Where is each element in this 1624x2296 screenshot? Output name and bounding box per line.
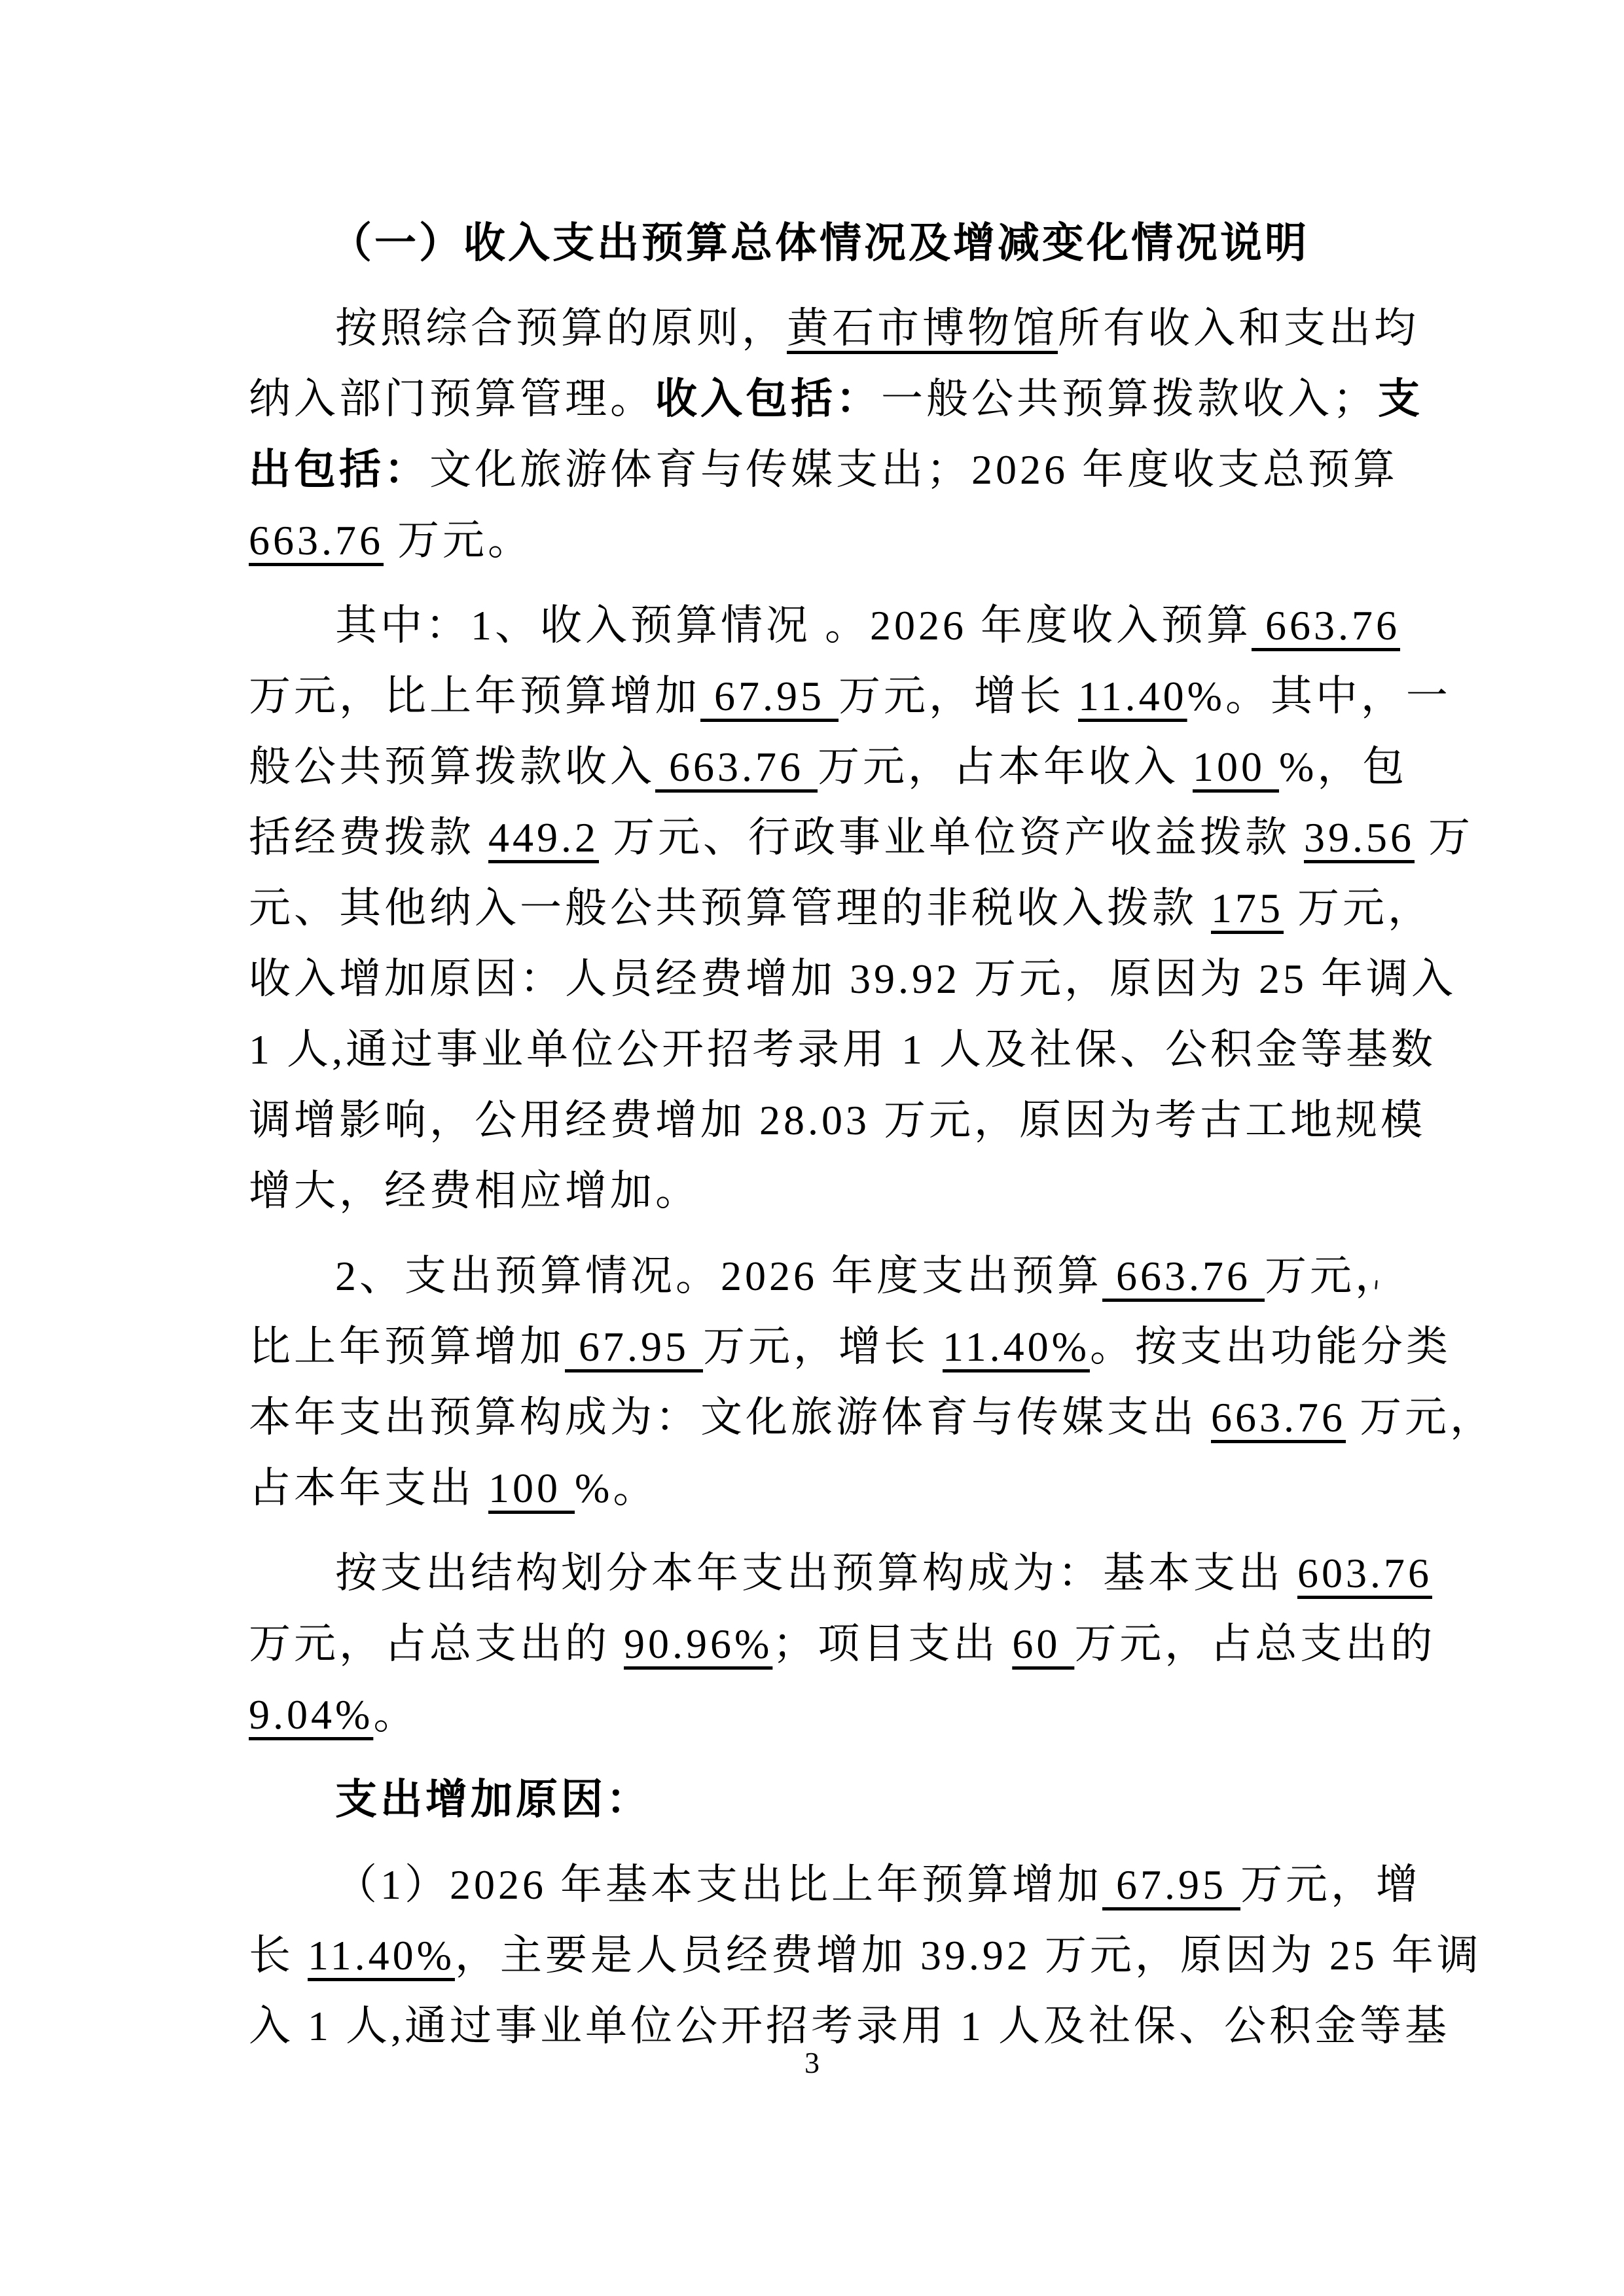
text-line: 本年支出预算构成为：文化旅游体育与传媒支出 663.76 万元，: [249, 1382, 1379, 1453]
underlined-value: 663.76: [1252, 602, 1400, 649]
text-run: %。: [575, 1465, 658, 1511]
text-run: 占本年支出: [249, 1465, 488, 1511]
text-run: 万元，: [1265, 1253, 1400, 1299]
text-line: 长 11.40%，主要是人员经费增加 39.92 万元，原因为 25 年调: [249, 1920, 1379, 1991]
para-expenditure-increase-heading: 支出增加原因：: [249, 1765, 1379, 1835]
text-run: 文化旅游体育与传媒支出；2026 年度收支总预算: [429, 446, 1398, 493]
text-run: 万元，增: [1240, 1861, 1421, 1908]
text-run: 所有收入和支出均: [1058, 305, 1419, 351]
text-line: 元、其他纳入一般公共预算管理的非税收入拨款 175 万元，: [249, 873, 1379, 944]
text-run: 2、支出预算情况。2026 年度支出预算: [335, 1253, 1102, 1299]
text-run: 万元，占总支出的: [1074, 1621, 1435, 1667]
text-run: 1 人,通过事业单位公开招考录用 1 人及社保、公积金等基数: [249, 1026, 1436, 1073]
text-run: 增大，经费相应增加。: [249, 1168, 700, 1214]
document-body-paragraphs: 按照综合预算的原则，黄石市博物馆所有收入和支出均纳入部门预算管理。收入包括：一般…: [249, 293, 1379, 2062]
text-line: 出包括：文化旅游体育与传媒支出；2026 年度收支总预算: [249, 435, 1379, 505]
bold-text: 收入包括：: [655, 376, 881, 422]
text-run: %，包: [1279, 744, 1407, 790]
text-line: 663.76 万元。: [249, 505, 1379, 576]
text-run: 本年支出预算构成为：文化旅游体育与传媒支出: [249, 1394, 1211, 1441]
bold-text: 出包括：: [249, 446, 429, 493]
text-run: 万元，比上年预算增加: [249, 673, 700, 719]
underlined-value: 11.40%: [943, 1323, 1090, 1370]
text-run: 万元。: [384, 517, 533, 564]
section-title: （一）收入支出预算总体情况及增减变化情况说明: [249, 208, 1379, 279]
text-run: 万元，占总支出的: [249, 1621, 624, 1667]
text-run: ，主要是人员经费增加 39.92 万元，原因为 25 年调: [455, 1932, 1482, 1979]
text-run: 其中：1、收入预算情况 。2026 年度收入预算: [335, 602, 1252, 649]
text-run: 调增影响，公用经费增加 28.03 万元，原因为考古工地规模: [249, 1097, 1426, 1143]
underlined-value: 175: [1211, 885, 1284, 931]
para-expenditure-budget: 2、支出预算情况。2026 年度支出预算 663.76 万元，比上年预算增加 6…: [249, 1241, 1379, 1524]
text-line: 按照综合预算的原则，黄石市博物馆所有收入和支出均: [249, 293, 1379, 364]
para-income-budget: 其中：1、收入预算情况 。2026 年度收入预算 663.76万元，比上年预算增…: [249, 590, 1379, 1227]
underlined-value: 67.95: [1102, 1861, 1240, 1908]
text-line: 9.04%。: [249, 1679, 1379, 1750]
underlined-value: 449.2: [488, 814, 599, 861]
underlined-value: 603.76: [1297, 1550, 1432, 1596]
text-line: 万元，比上年预算增加 67.95 万元，增长 11.40%。其中，一: [249, 661, 1379, 732]
underlined-value: 100: [1193, 744, 1279, 790]
underlined-value: 663.76: [655, 744, 818, 790]
text-line: 支出增加原因：: [249, 1765, 1379, 1835]
text-run: 万: [1415, 814, 1473, 861]
text-run: 般公共预算拨款收入: [249, 744, 655, 790]
text-run: 括经费拨款: [249, 814, 488, 861]
text-run: 入 1 人,通过事业单位公开招考录用 1 人及社保、公积金等基: [249, 2003, 1450, 2049]
underlined-value: 67.95: [700, 673, 839, 719]
text-run: 一般公共预算拨款收入；: [881, 376, 1378, 422]
underlined-value: 67.95: [565, 1323, 703, 1370]
underlined-value: 663.76: [249, 517, 384, 564]
underlined-value: 100: [488, 1465, 575, 1511]
para-expenditure-structure: 按支出结构划分本年支出预算构成为：基本支出 603.76万元，占总支出的 90.…: [249, 1538, 1379, 1750]
text-run: 万元，占本年收入: [818, 744, 1193, 790]
text-run: 按照综合预算的原则，: [335, 305, 787, 351]
text-run: 。按支出功能分类: [1090, 1323, 1451, 1370]
text-line: 万元，占总支出的 90.96%；项目支出 60 万元，占总支出的: [249, 1609, 1379, 1679]
page-number: 3: [0, 2043, 1624, 2083]
text-line: 收入增加原因：人员经费增加 39.92 万元，原因为 25 年调入: [249, 944, 1379, 1014]
underlined-value: 11.40: [1078, 673, 1187, 719]
para-expenditure-increase-reason-1: （1）2026 年基本支出比上年预算增加 67.95 万元，增长 11.40%，…: [249, 1850, 1379, 2062]
text-run: 万元，: [1284, 885, 1433, 931]
text-run: ；项目支出: [772, 1621, 1012, 1667]
text-line: 其中：1、收入预算情况 。2026 年度收入预算 663.76: [249, 590, 1379, 661]
text-run: 纳入部门预算管理。: [249, 376, 655, 422]
underlined-value: 9.04%: [249, 1691, 373, 1738]
text-run: %。其中，一: [1187, 673, 1451, 719]
text-line: 调增影响，公用经费增加 28.03 万元，原因为考古工地规模: [249, 1085, 1379, 1156]
underlined-value: 11.40%: [308, 1932, 455, 1979]
document-body: （一）收入支出预算总体情况及增减变化情况说明 按照综合预算的原则，黄石市博物馆所…: [249, 208, 1379, 2062]
text-run: 万元，增长: [839, 673, 1078, 719]
text-run: 万元，: [1346, 1394, 1495, 1441]
text-run: 按支出结构划分本年支出预算构成为：基本支出: [335, 1550, 1297, 1596]
text-line: 括经费拨款 449.2 万元、行政事业单位资产收益拨款 39.56 万: [249, 802, 1379, 873]
text-line: （1）2026 年基本支出比上年预算增加 67.95 万元，增: [249, 1850, 1379, 1920]
text-run: 长: [249, 1932, 308, 1979]
text-run: 比上年预算增加: [249, 1323, 565, 1370]
text-line: 纳入部门预算管理。收入包括：一般公共预算拨款收入；支: [249, 364, 1379, 435]
text-line: 般公共预算拨款收入 663.76 万元，占本年收入 100 %，包: [249, 732, 1379, 802]
underlined-value: 39.56: [1304, 814, 1415, 861]
text-line: 1 人,通过事业单位公开招考录用 1 人及社保、公积金等基数: [249, 1014, 1379, 1085]
bold-text: 支出增加原因：: [335, 1776, 651, 1823]
text-line: 2、支出预算情况。2026 年度支出预算 663.76 万元，: [249, 1241, 1379, 1312]
para-budget-overview: 按照综合预算的原则，黄石市博物馆所有收入和支出均纳入部门预算管理。收入包括：一般…: [249, 293, 1379, 576]
text-run: 万元、行政事业单位资产收益拨款: [599, 814, 1304, 861]
text-run: 收入增加原因：人员经费增加 39.92 万元，原因为 25 年调入: [249, 956, 1456, 1002]
bold-text: 支: [1378, 376, 1423, 422]
text-run: 。: [373, 1691, 418, 1738]
document-page: （一）收入支出预算总体情况及增减变化情况说明 按照综合预算的原则，黄石市博物馆所…: [0, 0, 1624, 2296]
text-run: 元、其他纳入一般公共预算管理的非税收入拨款: [249, 885, 1211, 931]
underlined-value: 90.96%: [624, 1621, 772, 1667]
text-run: （1）2026 年基本支出比上年预算增加: [335, 1861, 1102, 1908]
underlined-value: 663.76: [1211, 1394, 1346, 1441]
text-line: 比上年预算增加 67.95 万元，增长 11.40%。按支出功能分类: [249, 1312, 1379, 1382]
underlined-value: 黄石市博物馆: [787, 305, 1058, 351]
text-run: 万元，增长: [703, 1323, 943, 1370]
text-line: 按支出结构划分本年支出预算构成为：基本支出 603.76: [249, 1538, 1379, 1609]
underlined-value: 60: [1012, 1621, 1074, 1667]
underlined-value: 663.76: [1102, 1253, 1265, 1299]
text-line: 占本年支出 100 %。: [249, 1453, 1379, 1524]
text-line: 增大，经费相应增加。: [249, 1156, 1379, 1227]
